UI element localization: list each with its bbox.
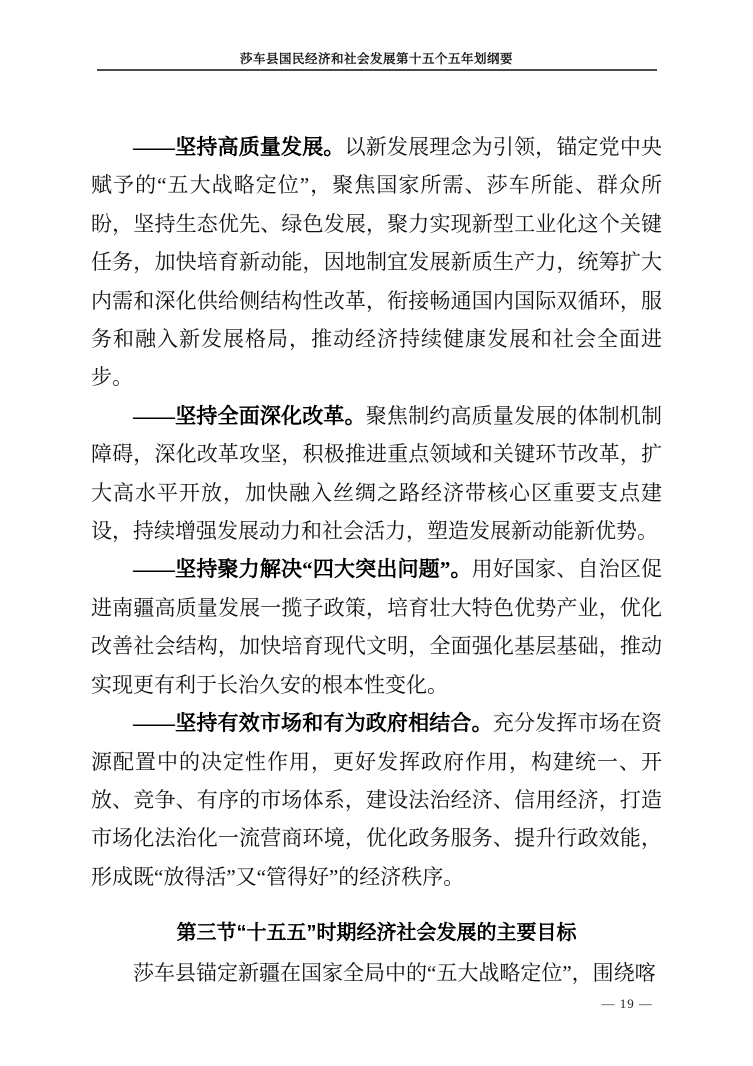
page-number: — 19 — <box>602 996 654 1012</box>
paragraph: 莎车县锚定新疆在国家全局中的“五大战略定位”，围绕喀 <box>91 954 662 992</box>
paragraph-lead: ——坚持聚力解决“四大突出问题”。 <box>133 557 472 581</box>
document-body: ——坚持高质量发展。以新发展理念为引领，锚定党中央赋予的“五大战略定位”，聚焦国… <box>91 128 662 993</box>
paragraph-text: 以新发展理念为引领，锚定党中央赋予的“五大战略定位”，聚焦国家所需、莎车所能、群… <box>91 135 662 389</box>
paragraph: ——坚持高质量发展。以新发展理念为引领，锚定党中央赋予的“五大战略定位”，聚焦国… <box>91 128 662 397</box>
section-heading: 第三节“十五五”时期经济社会发展的主要目标 <box>91 912 662 954</box>
paragraph: ——坚持全面深化改革。聚焦制约高质量发展的体制机制障碍，深化改革攻坚，积极推进重… <box>91 397 662 551</box>
document-page: 莎车县国民经济和社会发展第十五个五年划纲要 ——坚持高质量发展。以新发展理念为引… <box>0 0 753 1066</box>
paragraph-lead: ——坚持高质量发展。 <box>133 135 345 159</box>
paragraph: ——坚持有效市场和有为政府相结合。充分发挥市场在资源配置中的决定性作用，更好发挥… <box>91 704 662 896</box>
paragraph-text: 充分发挥市场在资源配置中的决定性作用，更好发挥政府作用，构建统一、开放、竞争、有… <box>91 711 662 889</box>
running-header-title: 莎车县国民经济和社会发展第十五个五年划纲要 <box>0 49 753 67</box>
paragraph: ——坚持聚力解决“四大突出问题”。用好国家、自治区促进南疆高质量发展一揽子政策，… <box>91 550 662 704</box>
paragraph-lead: ——坚持全面深化改革。 <box>133 404 366 428</box>
paragraph-text: 莎车县锚定新疆在国家全局中的“五大战略定位”，围绕喀 <box>133 961 656 985</box>
header-rule <box>97 69 657 71</box>
paragraph-lead: ——坚持有效市场和有为政府相结合。 <box>133 711 493 735</box>
